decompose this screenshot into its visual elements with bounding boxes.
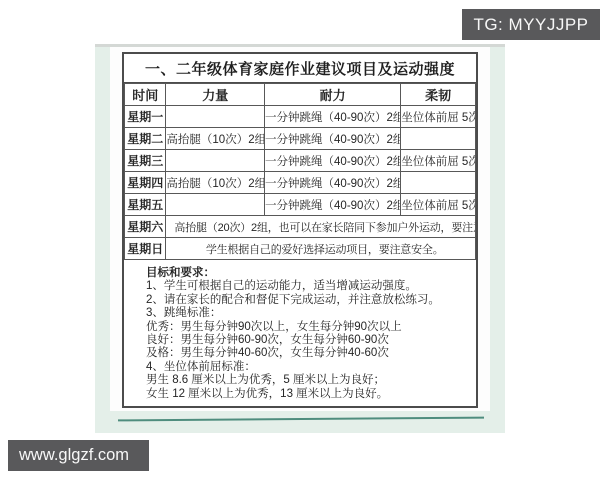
cell-flexibility: 坐位体前屈 5次: [401, 194, 476, 216]
website-watermark: www.glgzf.com: [8, 440, 149, 471]
cell-strength: [166, 194, 265, 216]
table-header-row: 时间 力量 耐力 柔韧: [125, 84, 476, 106]
table-row: 星期六 高抬腿（20次）2组，也可以在家长陪同下参加户外运动，要注意安全。: [125, 216, 476, 238]
goals-line: 4、坐位体前屈标准：: [146, 361, 468, 374]
column-header-strength: 力量: [166, 84, 265, 106]
cell-endurance: 一分钟跳绳（40-90次）2组: [265, 172, 401, 194]
column-header-flexibility: 柔韧: [401, 84, 476, 106]
goals-line: 及格：男生每分钟40-60次，女生每分钟40-60次: [146, 347, 468, 360]
table-row: 星期四 高抬腿（10次）2组 一分钟跳绳（40-90次）2组: [125, 172, 476, 194]
cell-day: 星期五: [125, 194, 166, 216]
cell-day: 星期一: [125, 106, 166, 128]
cell-flexibility: [401, 172, 476, 194]
goals-line: 2、请在家长的配合和督促下完成运动，并注意放松练习。: [146, 294, 468, 307]
cell-day: 星期四: [125, 172, 166, 194]
table-row: 星期二 高抬腿（10次）2组 一分钟跳绳（40-90次）2组: [125, 128, 476, 150]
document-title: 一、二年级体育家庭作业建议项目及运动强度: [124, 54, 476, 83]
cell-strength: 高抬腿（10次）2组: [166, 172, 265, 194]
cell-activity-note: 学生根据自己的爱好选择运动项目，要注意安全。: [166, 238, 476, 260]
goals-heading: 目标和要求：: [146, 267, 468, 280]
goals-line: 3、跳绳标准：: [146, 307, 468, 320]
cell-endurance: 一分钟跳绳（40-90次）2组: [265, 128, 401, 150]
cell-flexibility: 坐位体前屈 5次: [401, 150, 476, 172]
schedule-table: 时间 力量 耐力 柔韧 星期一 一分钟跳绳（40-90次）2组 坐位体前屈 5次…: [124, 83, 476, 260]
goals-line: 优秀：男生每分钟90次以上，女生每分钟90次以上: [146, 321, 468, 334]
goals-line: 男生 8.6 厘米以上为优秀，5 厘米以上为良好；: [146, 374, 468, 387]
document-frame: 一、二年级体育家庭作业建议项目及运动强度 时间 力量 耐力 柔韧 星期一 一分钟…: [122, 52, 478, 408]
cell-flexibility: 坐位体前屈 5次: [401, 106, 476, 128]
table-row: 星期日 学生根据自己的爱好选择运动项目，要注意安全。: [125, 238, 476, 260]
cell-day: 星期六: [125, 216, 166, 238]
column-header-endurance: 耐力: [265, 84, 401, 106]
cell-strength: 高抬腿（10次）2组: [166, 128, 265, 150]
cell-day: 星期三: [125, 150, 166, 172]
goals-line: 女生 12 厘米以上为优秀，13 厘米以上为良好。: [146, 388, 468, 401]
cell-strength: [166, 106, 265, 128]
cell-day: 星期日: [125, 238, 166, 260]
cell-endurance: 一分钟跳绳（40-90次）2组: [265, 106, 401, 128]
table-row: 星期一 一分钟跳绳（40-90次）2组 坐位体前屈 5次: [125, 106, 476, 128]
goals-line: 1、学生可根据自己的运动能力，适当增减运动强度。: [146, 280, 468, 293]
goals-section: 目标和要求： 1、学生可根据自己的运动能力，适当增减运动强度。 2、请在家长的配…: [124, 260, 476, 406]
cell-endurance: 一分钟跳绳（40-90次）2组: [265, 150, 401, 172]
telegram-watermark: TG: MYYJJPP: [462, 9, 600, 40]
table-row: 星期三 一分钟跳绳（40-90次）2组 坐位体前屈 5次: [125, 150, 476, 172]
goals-line: 良好：男生每分钟60-90次，女生每分钟60-90次: [146, 334, 468, 347]
cell-day: 星期二: [125, 128, 166, 150]
column-header-time: 时间: [125, 84, 166, 106]
cell-strength: [166, 150, 265, 172]
cell-flexibility: [401, 128, 476, 150]
cell-activity-note: 高抬腿（20次）2组，也可以在家长陪同下参加户外运动，要注意安全。: [166, 216, 476, 238]
cell-endurance: 一分钟跳绳（40-90次）2组: [265, 194, 401, 216]
table-row: 星期五 一分钟跳绳（40-90次）2组 坐位体前屈 5次: [125, 194, 476, 216]
